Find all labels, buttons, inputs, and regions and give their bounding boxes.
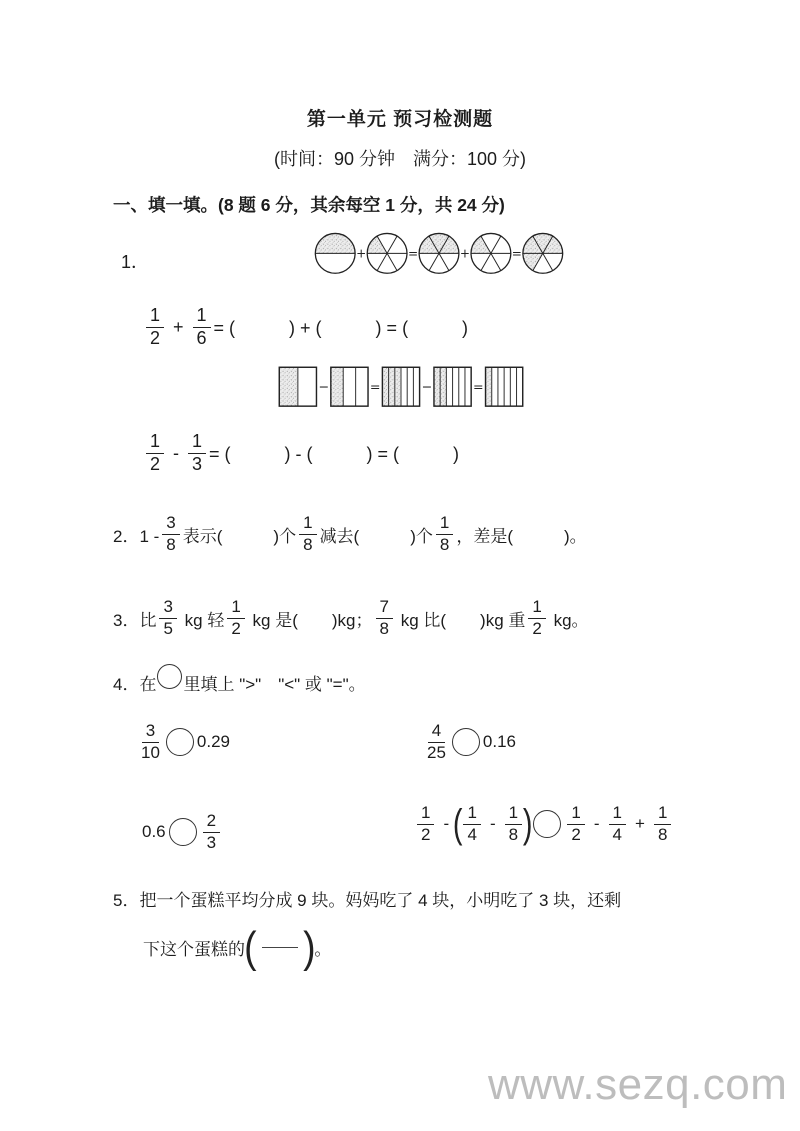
question-2: 2．1 - 38 表示( )个 18 减去( )个 18 ，差是( )。 — [113, 514, 587, 554]
question-5-line1: 5．把一个蛋糕平均分成 9 块。妈妈吃了 4 块，小明吃了 3 块，还剩 — [113, 886, 621, 911]
minus-operator: - — [490, 814, 496, 834]
fraction: 12 — [227, 598, 244, 638]
question-text: 3．比 — [113, 606, 156, 631]
left-parenthesis: ( — [244, 928, 256, 968]
minus-operator: - — [443, 814, 449, 834]
fraction: 12 — [567, 804, 584, 844]
svg-text:+: + — [356, 247, 366, 261]
svg-text:=: = — [370, 379, 381, 394]
question-text: kg 轻 — [180, 606, 224, 631]
question-3: 3．比 35 kg 轻 12 kg 是( )kg； 78 kg 比( )kg 重… — [113, 598, 589, 638]
page-title: 第一单元 预习检测题 — [0, 104, 800, 131]
question-text: 减去( )个 — [320, 522, 433, 547]
svg-text:=: = — [408, 247, 418, 261]
section-heading: 一、填一填。(8 题 6 分，其余每空 1 分，共 24 分) — [113, 192, 505, 217]
fraction: 425 — [427, 722, 446, 762]
comparison-circle-icon — [157, 664, 182, 689]
comparison-circle-icon — [533, 810, 561, 838]
decimal-value: 0.29 — [197, 732, 230, 752]
fraction: 35 — [159, 598, 176, 638]
comparison-2: 425 0.16 — [424, 722, 516, 762]
circle-fraction-diagram: +=+= — [314, 230, 564, 277]
comparison-circle-icon — [452, 728, 480, 756]
question-5-line2: 下这个蛋糕的 ( ) 。 — [143, 928, 331, 968]
fraction: 16 — [193, 306, 211, 349]
comparison-4: 12 - ( 14 - 18 ) 12 - 14 + 18 — [414, 804, 674, 844]
question-text: kg 比( )kg 重 — [396, 606, 525, 631]
question-text: 2．1 - — [113, 522, 159, 547]
comparison-circle-icon — [166, 728, 194, 756]
fraction: 12 — [146, 432, 164, 475]
question-text: kg 是( )kg； — [248, 606, 373, 631]
comparison-3: 0.6 23 — [142, 812, 223, 852]
equation-1: 12 + 16 = ( ) + ( ) = ( ) — [143, 306, 468, 349]
question-1-number: 1． — [121, 248, 149, 274]
question-text: 表示( )个 — [183, 522, 296, 547]
comparison-circle-icon — [169, 818, 197, 846]
question-text: 下这个蛋糕的 — [143, 935, 245, 960]
fraction: 18 — [654, 804, 671, 844]
question-text: 5．把一个蛋糕平均分成 9 块。妈妈吃了 4 块，小明吃了 3 块，还剩 — [113, 886, 621, 911]
fraction: 18 — [436, 514, 453, 554]
svg-text:−: − — [318, 379, 329, 394]
svg-text:=: = — [512, 247, 522, 261]
question-text: kg。 — [549, 606, 589, 631]
fraction: 18 — [299, 514, 316, 554]
fraction: 12 — [528, 598, 545, 638]
right-parenthesis: ) — [523, 806, 533, 842]
plus-operator: + — [173, 317, 184, 338]
svg-text:−: − — [421, 379, 432, 394]
answer-blanks: = ( ) + ( ) = ( ) — [214, 314, 469, 340]
plus-operator: + — [635, 814, 645, 834]
watermark: www.sezq.com — [488, 1060, 787, 1110]
fraction: 14 — [463, 804, 480, 844]
fraction: 23 — [203, 812, 220, 852]
question-text: 。 — [314, 935, 331, 960]
right-parenthesis: ) — [303, 928, 315, 968]
fraction: 38 — [162, 514, 179, 554]
left-parenthesis: ( — [453, 806, 463, 842]
fraction: 14 — [609, 804, 626, 844]
minus-operator: - — [173, 443, 179, 464]
fraction: 78 — [376, 598, 393, 638]
answer-blanks: = ( ) - ( ) = ( ) — [209, 440, 459, 466]
minus-operator: - — [594, 814, 600, 834]
decimal-value: 0.6 — [142, 822, 166, 842]
comparison-1: 310 0.29 — [138, 722, 230, 762]
decimal-value: 0.16 — [483, 732, 516, 752]
question-4: 4．在 里填上 ">" "<" 或 "="。 — [113, 670, 366, 695]
blank-fraction-line — [262, 947, 298, 948]
worksheet-page: 第一单元 预习检测题 (时间：90 分钟 满分：100 分) 一、填一填。(8 … — [0, 0, 800, 1131]
exam-meta: (时间：90 分钟 满分：100 分) — [0, 145, 800, 171]
svg-text:=: = — [473, 379, 484, 394]
question-text: ，差是( )。 — [456, 522, 586, 547]
fraction: 310 — [141, 722, 160, 762]
fraction: 18 — [505, 804, 522, 844]
question-text: 4．在 — [113, 670, 156, 695]
question-text: 里填上 ">" "<" 或 "="。 — [183, 670, 365, 695]
fraction: 12 — [417, 804, 434, 844]
fraction: 12 — [146, 306, 164, 349]
equation-2: 12 - 13 = ( ) - ( ) = ( ) — [143, 432, 459, 475]
bar-fraction-diagram: −=−= — [278, 366, 524, 407]
fraction: 13 — [188, 432, 206, 475]
svg-text:+: + — [460, 247, 470, 261]
